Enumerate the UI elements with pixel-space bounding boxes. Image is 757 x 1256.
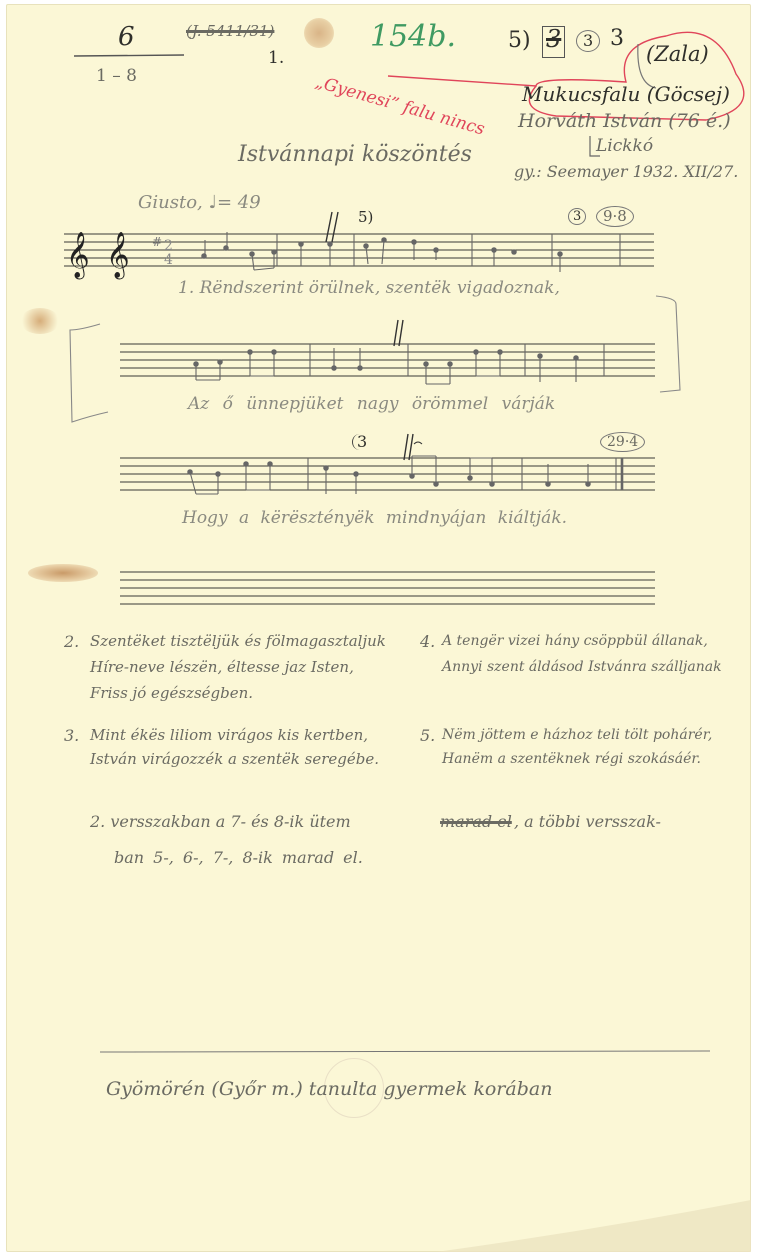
- fraction-denominator: 1 – 8: [96, 68, 137, 85]
- stain-left-lower: [28, 564, 98, 582]
- folded-corner: [436, 1200, 751, 1252]
- verse-line: A tengër vizei hány csöppbül állanak,: [442, 634, 708, 648]
- lyric-line-3: Hogy a kërësztényëk mindnyájan kiáltják.: [182, 510, 567, 527]
- annotation-circled-3: 3: [568, 208, 586, 225]
- song-title: Istvánnapi köszöntés: [238, 144, 472, 166]
- verse-line: Szentëket tisztëljük és fölmagasztaljuk: [90, 634, 386, 649]
- measure-count-1: 9·8: [596, 206, 634, 227]
- staff-system-2: [120, 340, 660, 390]
- stain-left: [20, 308, 60, 334]
- verse-number: 2.: [64, 634, 79, 650]
- note-line-2: ban 5-, 6-, 7-, 8-ik marad el.: [114, 850, 363, 866]
- verse-line: Annyi szent áldásod Istvánra szálljanak: [442, 660, 722, 674]
- lyric-line-2: Az ő ünnepjüket nagy örömmel várják: [188, 396, 555, 413]
- staff-system-4-empty: [120, 568, 660, 608]
- staff-system-1: 𝄞 𝄞 # 2 4: [64, 230, 656, 280]
- svg-text:#: #: [152, 235, 162, 249]
- note-line-1-start: 2. versszakban a 7- és 8-ik ütem: [90, 814, 351, 830]
- verse-number: 5.: [420, 728, 435, 744]
- verse-line: István virágozzék a szentëk seregébe.: [90, 752, 379, 767]
- village: Mukucsfalu (Göcsej): [522, 84, 730, 104]
- verse-line: Friss jó egészségben.: [90, 686, 253, 701]
- verse-line: Híre-neve lészën, éltesse jaz Isten,: [90, 660, 354, 675]
- verse-line: Mint ékës liliom virágos kis kertben,: [90, 728, 368, 743]
- crossed-out-ref: (J. 5411/31): [186, 24, 274, 39]
- annotation-5: 5): [358, 210, 373, 225]
- fraction-rule: [74, 54, 186, 58]
- svg-text:4: 4: [164, 252, 173, 268]
- provenance-note: Gyömörén (Győr m.) tanulta gyermek koráb…: [106, 1080, 552, 1099]
- measure-count-3: 29·4: [600, 432, 645, 452]
- verse-number: 4.: [420, 634, 435, 650]
- stain-top: [304, 18, 334, 48]
- annotation-c3: 3: [352, 434, 367, 450]
- verse-number: 3.: [64, 728, 79, 744]
- county: (Zala): [646, 44, 709, 65]
- ref-number: 1.: [268, 50, 284, 67]
- note-line-1-end: , a többi versszak-: [514, 814, 661, 830]
- singer-nickname: Lickkó: [596, 138, 653, 155]
- tempo-marking: Giusto, ♩= 49: [138, 194, 261, 212]
- singer: Horváth István (76 é.): [518, 112, 731, 131]
- svg-text:𝄞: 𝄞: [106, 232, 130, 280]
- manuscript-page: 6 1 – 8 (J. 5411/31) 1. 154b. 5) 3 3 3 (…: [6, 4, 751, 1252]
- staff-system-3: [120, 454, 660, 504]
- svg-text:𝄞: 𝄞: [66, 232, 90, 280]
- verse-line: Nëm jöttem e házhoz teli tölt pohárér,: [442, 728, 712, 742]
- note-struck-text: marad el: [440, 814, 512, 830]
- collector: gy.: Seemayer 1932. XII/27.: [514, 164, 738, 180]
- footer-divider: [100, 1050, 712, 1054]
- fraction-numerator: 6: [118, 24, 135, 50]
- verse-line: Hanëm a szentëknek régi szokásáér.: [442, 752, 701, 766]
